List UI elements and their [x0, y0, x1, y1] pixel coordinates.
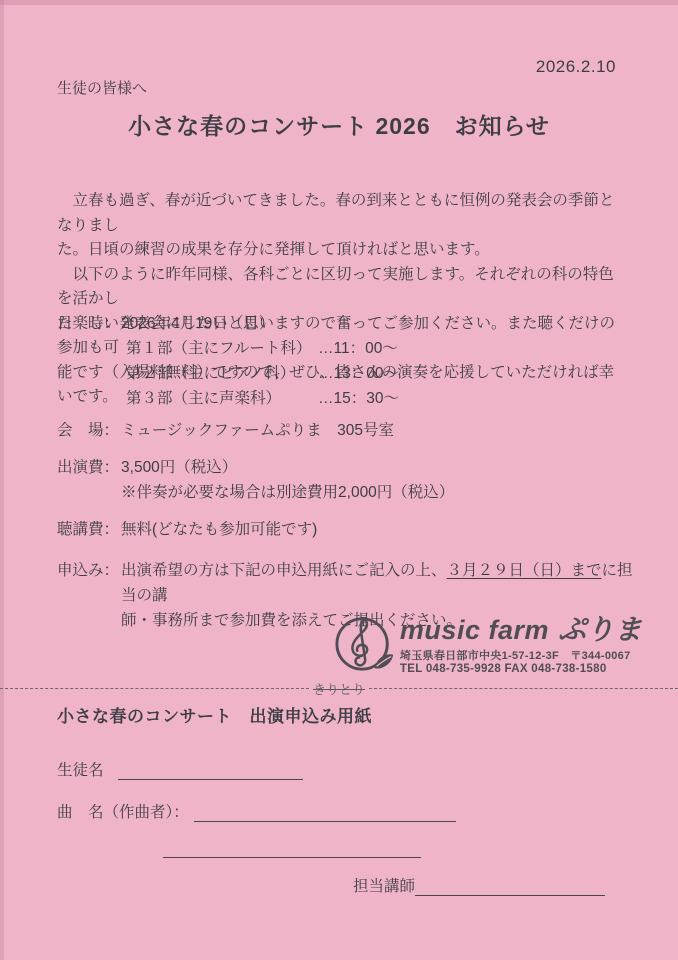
application-text: 出演希望の方は下記の申込用紙にご記入の上、 — [121, 562, 447, 579]
fee-note: ※伴奏が必要な場合は別途費用2,000円（税込） — [121, 480, 454, 505]
logo-name-en: music farm — [400, 617, 549, 644]
part-time: …15：30～ — [318, 386, 399, 411]
application-deadline: ３月２９日（日）まで — [447, 562, 602, 579]
venue-label: 会 場： — [57, 418, 119, 443]
cutline-dash-right — [369, 688, 678, 689]
student-name-row: 生徒名 — [57, 758, 303, 780]
logo-name-jp: ぷりま — [558, 616, 642, 644]
datetime-label: 日 時： — [57, 311, 119, 336]
application-label: 申込み： — [57, 558, 119, 583]
venue-value: ミュージックファームぷりま 305号室 — [121, 418, 394, 443]
scanned-flyer-page: 2026.2.10 生徒の皆様へ 小さな春のコンサート 2026 お知らせ 立春… — [0, 0, 678, 960]
logo-name: music farm ぷりま — [400, 616, 642, 644]
program-part: 第１部（主にフルート科） …11：00～ — [126, 336, 399, 361]
program-part: 第２部（主にピアノ科） …13：00～ — [126, 361, 399, 386]
cutline-label: きりとり — [309, 679, 369, 698]
form-title: 小さな春のコンサート 出演申込み用紙 — [57, 702, 372, 727]
event-date: 2026年4月19日（日） — [121, 311, 399, 336]
part-name: 第３部（主に声楽科） — [126, 386, 318, 411]
cutline: きりとり — [0, 679, 678, 698]
student-name-label: 生徒名 — [57, 758, 104, 780]
part-time: …13：00～ — [318, 361, 399, 386]
issue-date: 2026.2.10 — [536, 57, 616, 77]
intro-line: 立春も過ぎ、春が近づいてきました。春の到来とともに恒例の発表会の季節となりまし — [57, 189, 628, 238]
detail-row-listening: 聴講費： 無料(どなたも参加可能です) — [57, 517, 638, 542]
part-time: …11：00～ — [318, 336, 398, 361]
logo-address: 埼玉県春日部市中央1-57-12-3F 〒344-0067 — [400, 647, 642, 663]
cutline-dash-left — [0, 688, 309, 689]
teacher-row: 担当講師 — [353, 874, 605, 896]
piece-name-blank — [194, 801, 456, 822]
piece-name-row: 曲 名（作曲者）： — [57, 800, 456, 822]
salutation: 生徒の皆様へ — [57, 77, 147, 98]
student-name-blank — [118, 759, 303, 780]
treble-clef-leaf-icon — [334, 612, 396, 679]
listening-value: 無料(どなたも参加可能です) — [121, 517, 317, 542]
fee-label: 出演費： — [57, 455, 119, 480]
application-line1: 出演希望の方は下記の申込用紙にご記入の上、３月２９日（日）までに担当の講 — [121, 558, 638, 608]
music-farm-logo: music farm ぷりま 埼玉県春日部市中央1-57-12-3F 〒344-… — [334, 612, 642, 679]
piece-name-continuation-row — [163, 836, 421, 858]
fee-value-block: 3,500円（税込） ※伴奏が必要な場合は別途費用2,000円（税込） — [121, 455, 454, 505]
intro-line: 以下のように昨年同様、各科ごとに区切って実施します。それぞれの科の特色を活かし — [57, 263, 628, 312]
fee-amount: 3,500円（税込） — [121, 455, 454, 480]
teacher-blank — [415, 875, 605, 896]
part-name: 第１部（主にフルート科） — [126, 336, 318, 361]
detail-row-fee: 出演費： 3,500円（税込） ※伴奏が必要な場合は別途費用2,000円（税込） — [57, 455, 638, 505]
piece-label: 曲 名（作曲者）： — [57, 800, 189, 822]
event-details: 日 時： 2026年4月19日（日） 第１部（主にフルート科） …11：00～ … — [57, 311, 638, 633]
part-name: 第２部（主にピアノ科） — [126, 361, 318, 386]
detail-row-venue: 会 場： ミュージックファームぷりま 305号室 — [57, 418, 638, 443]
datetime-value-block: 2026年4月19日（日） 第１部（主にフルート科） …11：00～ 第２部（主… — [121, 311, 399, 411]
piece-name-blank-2 — [163, 836, 421, 858]
logo-text-block: music farm ぷりま 埼玉県春日部市中央1-57-12-3F 〒344-… — [400, 616, 642, 675]
intro-line: た。日頃の練習の成果を存分に発揮して頂ければと思います。 — [57, 238, 628, 263]
page-title: 小さな春のコンサート 2026 お知らせ — [0, 108, 678, 141]
teacher-label: 担当講師 — [353, 874, 415, 896]
logo-phone: TEL 048-735-9928 FAX 048-738-1580 — [400, 663, 642, 675]
detail-row-datetime: 日 時： 2026年4月19日（日） 第１部（主にフルート科） …11：00～ … — [57, 311, 638, 411]
program-part: 第３部（主に声楽科） …15：30～ — [126, 386, 399, 411]
listening-label: 聴講費： — [57, 517, 119, 542]
